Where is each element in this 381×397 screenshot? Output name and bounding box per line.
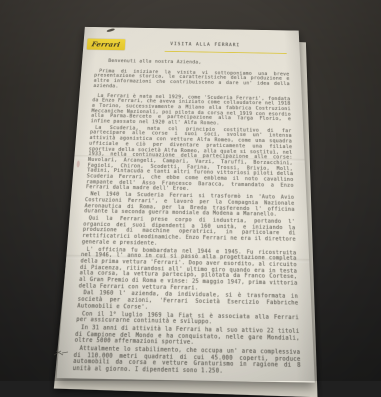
greeting-line: Benvenuti alla nostra Azienda, <box>95 59 289 67</box>
paragraph-scuderia: La Scuderia, nata col principio costitut… <box>86 126 295 195</box>
paragraph-factory: Attualmente lo stabilimento, che occupa … <box>72 346 301 377</box>
document-title: VISITA ALLA FERRARI <box>170 43 240 48</box>
paragraph-intro: Prima di iniziare la visita vi sottoponi… <box>93 69 290 92</box>
photo-background: Ferrari VISITA ALLA FERRARI Benvenuti al… <box>0 0 381 381</box>
paragraph-war-rebuild: L' officina fu bombardata nel 1944 e 194… <box>78 247 298 294</box>
paragraph-industry: Qui la Ferrari prese corpo di industria,… <box>82 216 297 249</box>
pen-scribble-mark <box>52 349 70 358</box>
ink-smudge-mark <box>106 28 115 33</box>
document-page: Ferrari VISITA ALLA FERRARI Benvenuti al… <box>56 27 314 381</box>
ferrari-logo-badge: Ferrari <box>87 39 126 51</box>
red-smudge-mark <box>76 161 79 168</box>
title-highlight-underline <box>164 50 286 54</box>
letter-body: Benvenuti alla nostra Azienda, Prima di … <box>72 59 301 379</box>
paragraph-founding: La Ferrari è nata nel 1929, come 'Scuder… <box>91 94 292 129</box>
ferrari-logo-text: Ferrari <box>91 40 121 48</box>
